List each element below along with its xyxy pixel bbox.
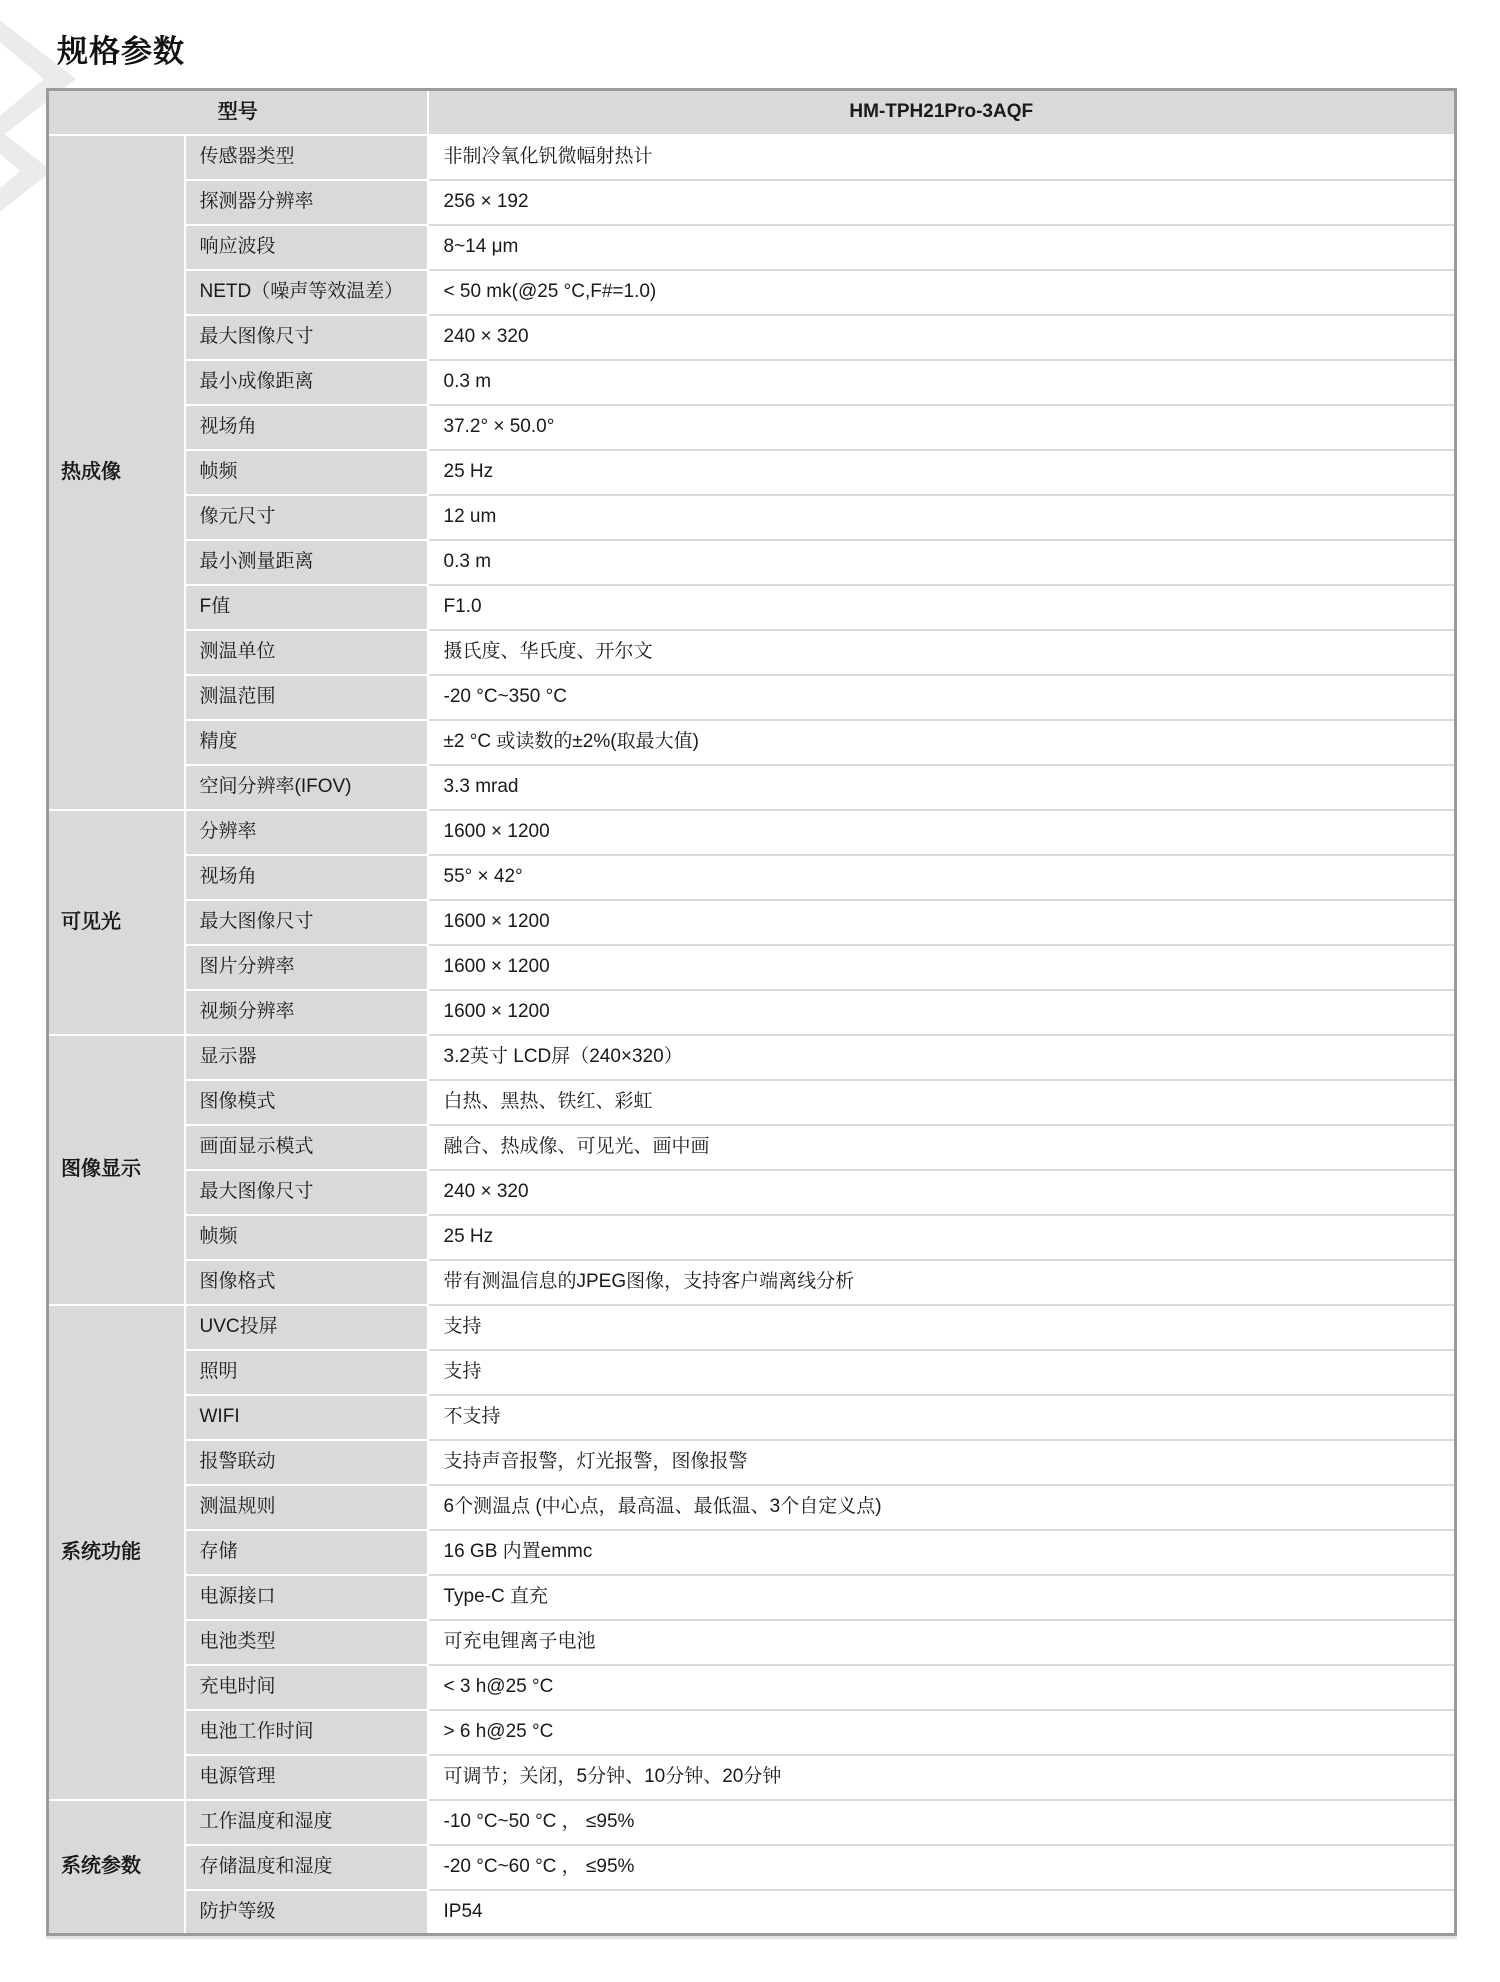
spec-label: 存储 [185,1530,428,1575]
spec-value: 6个测温点 (中心点，最高温、最低温、3个自定义点) [428,1485,1456,1530]
spec-label: 最小测量距离 [185,540,428,585]
spec-value: 支持声音报警，灯光报警，图像报警 [428,1440,1456,1485]
table-row: 存储16 GB 内置emmc [48,1530,1456,1575]
spec-value: 支持 [428,1305,1456,1350]
spec-label: 报警联动 [185,1440,428,1485]
table-row: 图片分辨率1600 × 1200 [48,945,1456,990]
spec-value: 1600 × 1200 [428,810,1456,855]
spec-label: 最小成像距离 [185,360,428,405]
group-cell: 系统功能 [48,1305,185,1800]
spec-table: 型号 HM-TPH21Pro-3AQF 热成像传感器类型非制冷氧化钒微幅射热计探… [46,88,1457,1936]
spec-label: 视频分辨率 [185,990,428,1035]
table-row: 图像显示显示器3.2英寸 LCD屏（240×320） [48,1035,1456,1080]
table-row: 响应波段8~14 μm [48,225,1456,270]
model-header-label: 型号 [48,90,428,135]
table-row: 电池工作时间> 6 h@25 °C [48,1710,1456,1755]
spec-value: ±2 °C 或读数的±2%(取最大值) [428,720,1456,765]
spec-label: UVC投屏 [185,1305,428,1350]
spec-label: NETD（噪声等效温差） [185,270,428,315]
table-row: 防护等级IP54 [48,1890,1456,1935]
table-row: 视频分辨率1600 × 1200 [48,990,1456,1035]
spec-label: 响应波段 [185,225,428,270]
spec-value: 12 um [428,495,1456,540]
spec-value: < 3 h@25 °C [428,1665,1456,1710]
spec-value: 240 × 320 [428,315,1456,360]
table-row: 视场角55° × 42° [48,855,1456,900]
spec-value: F1.0 [428,585,1456,630]
model-header-value: HM-TPH21Pro-3AQF [428,90,1456,135]
group-cell: 可见光 [48,810,185,1035]
spec-value: 摄氏度、华氏度、开尔文 [428,630,1456,675]
spec-value: 融合、热成像、可见光、画中画 [428,1125,1456,1170]
spec-value: 可充电锂离子电池 [428,1620,1456,1665]
table-row: 像元尺寸12 um [48,495,1456,540]
table-row: 空间分辨率(IFOV)3.3 mrad [48,765,1456,810]
spec-label: 显示器 [185,1035,428,1080]
table-row: 测温规则6个测温点 (中心点，最高温、最低温、3个自定义点) [48,1485,1456,1530]
spec-label: 画面显示模式 [185,1125,428,1170]
spec-label: F值 [185,585,428,630]
spec-label: 充电时间 [185,1665,428,1710]
spec-label: 电池工作时间 [185,1710,428,1755]
spec-table-body: 热成像传感器类型非制冷氧化钒微幅射热计探测器分辨率256 × 192响应波段8~… [48,135,1456,1935]
spec-value: < 50 mk(@25 °C,F#=1.0) [428,270,1456,315]
table-row: 测温单位摄氏度、华氏度、开尔文 [48,630,1456,675]
spec-label: 空间分辨率(IFOV) [185,765,428,810]
spec-label: 像元尺寸 [185,495,428,540]
spec-label: 存储温度和湿度 [185,1845,428,1890]
table-row: 电源管理可调节；关闭，5分钟、10分钟、20分钟 [48,1755,1456,1800]
spec-value: 3.3 mrad [428,765,1456,810]
spec-label: 帧频 [185,450,428,495]
spec-label: 防护等级 [185,1890,428,1935]
header-row: 型号 HM-TPH21Pro-3AQF [48,90,1456,135]
spec-label: 电源管理 [185,1755,428,1800]
spec-value: 非制冷氧化钒微幅射热计 [428,135,1456,180]
table-row: 最小测量距离0.3 m [48,540,1456,585]
spec-label: 测温规则 [185,1485,428,1530]
spec-label: 传感器类型 [185,135,428,180]
table-row: F值F1.0 [48,585,1456,630]
spec-value: 白热、黑热、铁红、彩虹 [428,1080,1456,1125]
table-row: 帧频25 Hz [48,1215,1456,1260]
table-row: 照明支持 [48,1350,1456,1395]
spec-value: 256 × 192 [428,180,1456,225]
spec-value: 16 GB 内置emmc [428,1530,1456,1575]
table-row: 最大图像尺寸240 × 320 [48,1170,1456,1215]
watermark-triangle-icon [0,96,52,246]
table-row: 图像格式带有测温信息的JPEG图像，支持客户端离线分析 [48,1260,1456,1305]
group-cell: 热成像 [48,135,185,810]
spec-value: 支持 [428,1350,1456,1395]
table-row: 图像模式白热、黑热、铁红、彩虹 [48,1080,1456,1125]
table-row: 电池类型可充电锂离子电池 [48,1620,1456,1665]
spec-value: -20 °C~60 °C ， ≤95% [428,1845,1456,1890]
spec-label: 测温范围 [185,675,428,720]
spec-label: 视场角 [185,855,428,900]
spec-label: 视场角 [185,405,428,450]
spec-value: -20 °C~350 °C [428,675,1456,720]
spec-value: 0.3 m [428,360,1456,405]
group-cell: 图像显示 [48,1035,185,1305]
spec-label: WIFI [185,1395,428,1440]
spec-label: 工作温度和湿度 [185,1800,428,1845]
spec-value: -10 °C~50 °C ， ≤95% [428,1800,1456,1845]
spec-label: 帧频 [185,1215,428,1260]
spec-value: 1600 × 1200 [428,900,1456,945]
spec-value: 55° × 42° [428,855,1456,900]
spec-label: 图像模式 [185,1080,428,1125]
spec-value: 8~14 μm [428,225,1456,270]
spec-value: 可调节；关闭，5分钟、10分钟、20分钟 [428,1755,1456,1800]
table-row: 电源接口Type-C 直充 [48,1575,1456,1620]
spec-value: 带有测温信息的JPEG图像，支持客户端离线分析 [428,1260,1456,1305]
table-row: 帧频25 Hz [48,450,1456,495]
table-row: 最小成像距离0.3 m [48,360,1456,405]
spec-value: 240 × 320 [428,1170,1456,1215]
spec-label: 精度 [185,720,428,765]
table-row: 充电时间< 3 h@25 °C [48,1665,1456,1710]
table-row: 精度±2 °C 或读数的±2%(取最大值) [48,720,1456,765]
table-row: 测温范围-20 °C~350 °C [48,675,1456,720]
table-row: 报警联动支持声音报警，灯光报警，图像报警 [48,1440,1456,1485]
spec-label: 测温单位 [185,630,428,675]
spec-label: 电池类型 [185,1620,428,1665]
spec-label: 电源接口 [185,1575,428,1620]
spec-label: 最大图像尺寸 [185,315,428,360]
table-row: 存储温度和湿度-20 °C~60 °C ， ≤95% [48,1845,1456,1890]
spec-value: 1600 × 1200 [428,990,1456,1035]
spec-value: 25 Hz [428,450,1456,495]
spec-value: 1600 × 1200 [428,945,1456,990]
spec-value: IP54 [428,1890,1456,1935]
table-row: 最大图像尺寸240 × 320 [48,315,1456,360]
spec-value: 不支持 [428,1395,1456,1440]
spec-label: 图片分辨率 [185,945,428,990]
spec-label: 图像格式 [185,1260,428,1305]
spec-label: 分辨率 [185,810,428,855]
spec-value: 3.2英寸 LCD屏（240×320） [428,1035,1456,1080]
table-row: 系统功能UVC投屏支持 [48,1305,1456,1350]
table-row: 热成像传感器类型非制冷氧化钒微幅射热计 [48,135,1456,180]
table-row: 探测器分辨率256 × 192 [48,180,1456,225]
table-row: NETD（噪声等效温差）< 50 mk(@25 °C,F#=1.0) [48,270,1456,315]
spec-value: 0.3 m [428,540,1456,585]
spec-label: 最大图像尺寸 [185,1170,428,1215]
table-row: 系统参数工作温度和湿度-10 °C~50 °C ， ≤95% [48,1800,1456,1845]
watermark-triangle-icon [0,116,20,226]
spec-label: 照明 [185,1350,428,1395]
spec-value: 25 Hz [428,1215,1456,1260]
table-row: 可见光分辨率1600 × 1200 [48,810,1456,855]
table-row: 画面显示模式融合、热成像、可见光、画中画 [48,1125,1456,1170]
table-row: WIFI不支持 [48,1395,1456,1440]
table-row: 最大图像尺寸1600 × 1200 [48,900,1456,945]
spec-label: 最大图像尺寸 [185,900,428,945]
page-title: 规格参数 [0,0,1500,71]
spec-value: Type-C 直充 [428,1575,1456,1620]
table-row: 视场角37.2° × 50.0° [48,405,1456,450]
group-cell: 系统参数 [48,1800,185,1935]
spec-label: 探测器分辨率 [185,180,428,225]
spec-value: 37.2° × 50.0° [428,405,1456,450]
spec-value: > 6 h@25 °C [428,1710,1456,1755]
